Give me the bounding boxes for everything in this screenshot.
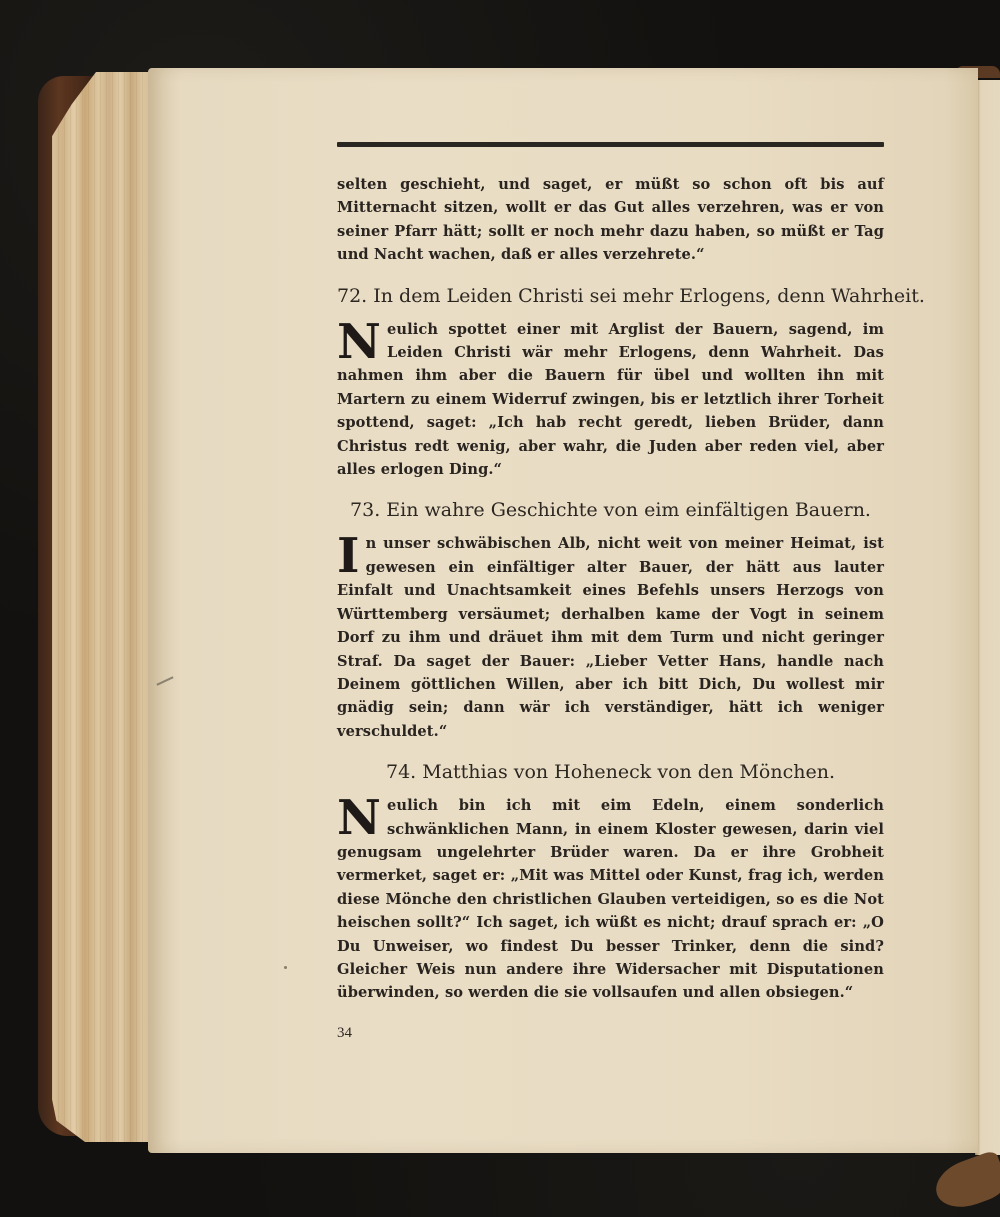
section-number: 73. (350, 499, 380, 521)
paper-speck (284, 966, 287, 969)
section-text: n unser schwäbischen Alb, nicht weit von… (337, 535, 884, 739)
page-number: 34 (337, 1025, 884, 1042)
section-title: Ein wahre Geschichte von eim einfältigen… (386, 499, 871, 521)
header-rule (337, 142, 884, 147)
drop-cap: N (337, 320, 381, 364)
section-body-72: Neulich spottet einer mit Arglist der Ba… (337, 318, 884, 482)
section-text: eulich spottet einer mit Arglist der Bau… (337, 321, 884, 478)
drop-cap: N (337, 796, 381, 840)
section-heading-72: 72. In dem Leiden Christi sei mehr Erlog… (337, 284, 884, 308)
section-heading-74: 74. Matthias von Hoheneck von den Mönche… (337, 760, 884, 784)
section-title: In dem Leiden Christi sei mehr Erlogens,… (373, 285, 925, 307)
section-number: 72. (337, 285, 367, 307)
section-body-73: In unser schwäbischen Alb, nicht weit vo… (337, 532, 884, 743)
continuation-paragraph: selten geschieht, und saget, er müßt so … (337, 173, 884, 267)
facing-page-edge (975, 80, 1000, 1155)
section-text: eulich bin ich mit eim Edeln, einem sond… (337, 797, 884, 1001)
section-heading-73: 73. Ein wahre Geschichte von eim einfält… (337, 498, 884, 522)
page-text-block: selten geschieht, und saget, er müßt so … (337, 142, 884, 1042)
page-fore-edge-stack (52, 72, 162, 1142)
section-body-74: Neulich bin ich mit eim Edeln, einem son… (337, 794, 884, 1005)
section-title: Matthias von Hoheneck von den Mönchen. (422, 761, 835, 783)
section-number: 74. (386, 761, 416, 783)
drop-cap: I (337, 534, 360, 578)
